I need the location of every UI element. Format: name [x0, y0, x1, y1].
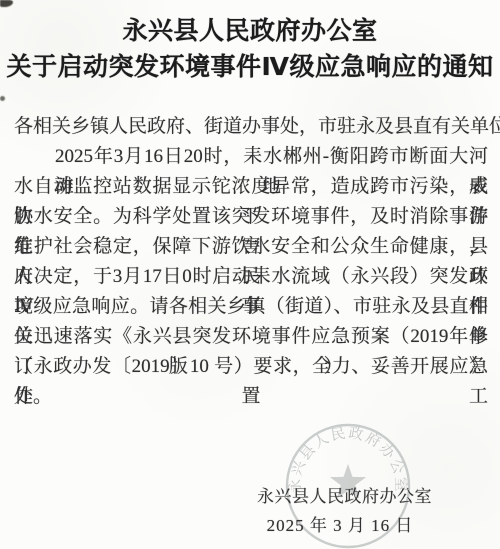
body-line: Ⅳ级应急响应。请各相关乡镇（街道）、市驻永及县直相关单 — [14, 292, 488, 322]
body-line: 饮水安全。为科学处置该突发环境事件，及时消除事件危害， — [14, 202, 488, 232]
scan-artifact-dot — [0, 96, 5, 101]
body-line: 维护社会稳定，保障下游饮水安全和公众生命健康，县人民政 — [14, 232, 488, 262]
body-line: 2025年3月16日20时，耒水郴州-衡阳跨市断面大河滩地表 — [14, 142, 488, 172]
document-page: 永兴县人民政府办公室 关于启动突发环境事件Ⅳ级应急响应的通知 各相关乡镇人民政府… — [0, 0, 500, 549]
document-title: 永兴县人民政府办公室 — [0, 13, 500, 49]
body-line: 位迅速落实《永兴县突发环境事件应急预案（2019年修订版）》 — [14, 322, 488, 352]
document-body: 各相关乡镇人民政府、街道办事处，市驻永及县直有关单位： 2025年3月16日20… — [14, 112, 488, 412]
signature-date: 2025 年 3 月 16 日 — [250, 511, 430, 536]
document-title-block: 永兴县人民政府办公室 关于启动突发环境事件Ⅳ级应急响应的通知 — [0, 13, 500, 85]
document-subtitle: 关于启动突发环境事件Ⅳ级应急响应的通知 — [0, 49, 500, 85]
scan-artifact-corner — [0, 0, 13, 7]
body-line: 府决定，于3月17日0时启动耒水流域（永兴段）突发环境事件 — [14, 262, 488, 292]
body-line: 水自动监控站数据显示铊浓度异常，造成跨市污染，威胁下游 — [14, 172, 488, 202]
salutation-line: 各相关乡镇人民政府、街道办事处，市驻永及县直有关单位： — [14, 112, 488, 142]
signature-name: 永兴县人民政府办公室 — [257, 482, 437, 507]
body-line: （永政办发〔2019〕10 号）要求，全力、妥善开展应急处置工 — [14, 352, 488, 382]
